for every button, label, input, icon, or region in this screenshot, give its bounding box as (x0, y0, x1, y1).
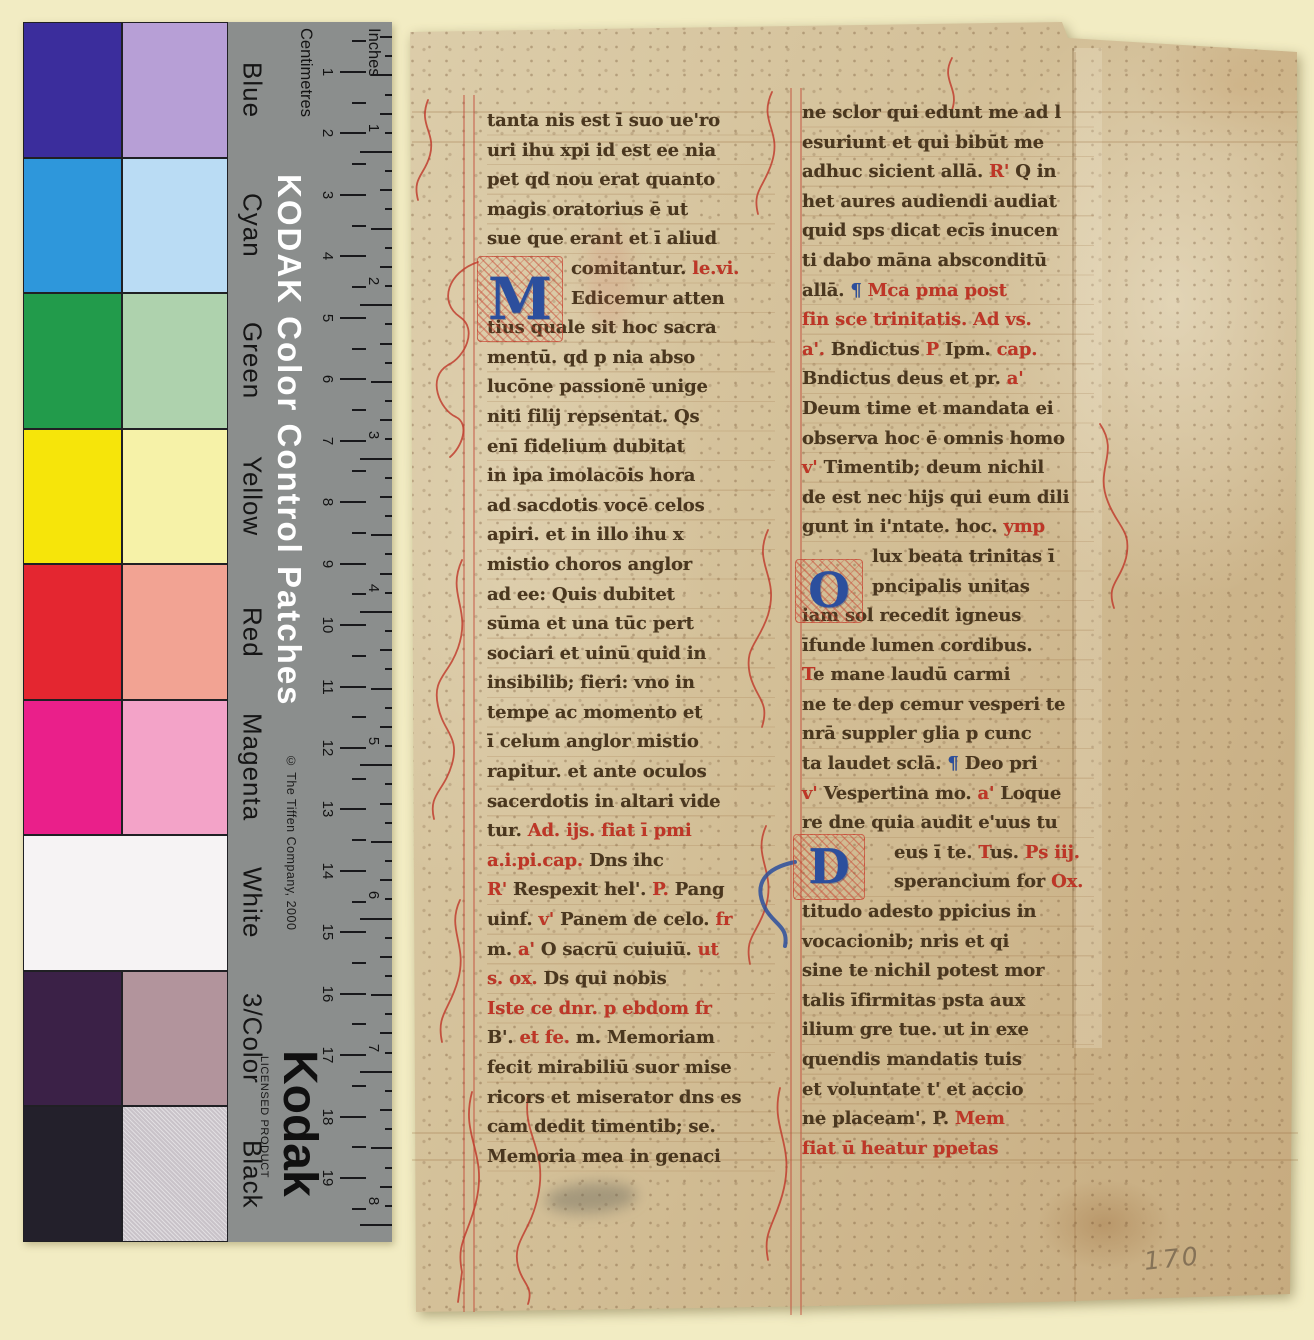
text-run: ymp (1003, 516, 1045, 537)
cm-tick (340, 440, 366, 442)
cm-half-tick (352, 1085, 366, 1087)
cm-number: 8 (318, 491, 336, 513)
manuscript-line: gunt in i'ntate. hoc. ymp (802, 512, 1094, 542)
text-run: R' (487, 879, 513, 900)
cm-tick (340, 501, 366, 503)
inch-number: 1 (364, 117, 382, 139)
cm-tick (340, 624, 366, 626)
text-run: Dns ihc (589, 850, 664, 871)
text-run: O sacrū cuiuiū. (541, 939, 698, 960)
inch-tick (360, 764, 392, 766)
cm-half-tick (352, 962, 366, 964)
inch-quarter-tick (380, 1109, 392, 1111)
inches-label: Inches (364, 28, 383, 118)
text-run: s. ox. (487, 968, 544, 989)
text-run: a' (1007, 368, 1024, 389)
inch-tick (360, 1224, 392, 1226)
text-run: niti filij repsentat. Qs (487, 406, 699, 427)
text-run: allā. (802, 280, 850, 301)
text-run: rapitur. et ante oculos (487, 761, 707, 782)
text-run: ¶ (947, 753, 964, 774)
manuscript-line: enī fidelium dubitat (487, 432, 775, 462)
inch-number: 3 (364, 424, 382, 446)
patch-grid (23, 22, 228, 1242)
text-run: tur. (487, 820, 528, 841)
text-run: sine te nichil potest mor (802, 960, 1044, 981)
inch-eighth-tick (385, 898, 392, 900)
text-run: P (926, 339, 945, 360)
cm-half-tick (352, 532, 366, 534)
text-run: cap. (997, 339, 1038, 360)
cm-number: 3 (318, 184, 336, 206)
manuscript-line: cam dedit timentib; se. (487, 1112, 775, 1142)
manuscript-line: esuriunt et qui bibūt me (802, 128, 1094, 158)
text-run: īfunde lumen cordibus. (802, 635, 1032, 656)
inch-eighth-tick (385, 323, 392, 325)
text-run: mentū. qd p nia abso (487, 347, 695, 368)
cm-half-tick (352, 839, 366, 841)
manuscript-line: fiat ū heatur ppetas (802, 1134, 1094, 1164)
cm-tick (340, 993, 366, 995)
text-run: Memoria mea in genaci (487, 1146, 721, 1167)
text-run: in ipa imolacōis hora (487, 465, 695, 486)
card-title: KODAK Color Control Patches (270, 174, 308, 774)
cm-tick (340, 194, 366, 196)
manuscript-line: ne sclor qui edunt me ad l (802, 98, 1094, 128)
cm-half-tick (352, 778, 366, 780)
inch-quarter-tick (380, 36, 392, 38)
text-run: esuriunt et qui bibūt me (802, 132, 1044, 153)
cm-tick (340, 1177, 366, 1179)
manuscript-line: B'. et fe. m. Memoriam (487, 1023, 775, 1053)
cm-number: 11 (318, 676, 336, 698)
manuscript-line: īfunde lumen cordibus. (802, 631, 1094, 661)
manuscript-line: Iste ce dnr. p ebdom fr (487, 994, 775, 1024)
inch-half-tick (371, 994, 392, 996)
text-run: T (978, 842, 990, 863)
cm-number: 5 (318, 307, 336, 329)
text-run: a' (978, 783, 1001, 804)
text-run: Pang (675, 879, 725, 900)
inch-eighth-tick (385, 822, 392, 824)
inch-eighth-tick (385, 630, 392, 632)
patch-green-tint (122, 293, 228, 429)
inch-eighth-tick (385, 1013, 392, 1015)
text-run: fiat ū heatur ppetas (802, 1138, 998, 1159)
cm-tick (340, 808, 366, 810)
patch-cyan-tint (122, 158, 228, 294)
inch-tick (360, 458, 392, 460)
text-run: ti dabo māna absconditū (802, 250, 1047, 271)
inch-half-tick (371, 228, 392, 230)
cm-tick (340, 255, 366, 257)
manuscript-line: nrā suppler glia p cunc (802, 719, 1094, 749)
manuscript-line: Memoria mea in genaci (487, 1142, 775, 1172)
patch-label-yellow: Yellow (230, 429, 274, 565)
text-run: Bndictus deus et pr. (802, 368, 1007, 389)
inch-quarter-tick (380, 879, 392, 881)
text-run: a.i.pi.cap. (487, 850, 589, 871)
manuscript-line: sociari et uinū quid in (487, 639, 775, 669)
manuscript-line: Te mane laudū carmi (802, 660, 1094, 690)
manuscript-line: insibilib; fieri: vno in (487, 668, 775, 698)
cm-number: 17 (318, 1044, 336, 1066)
text-run: ilium gre tue. ut in exe (802, 1019, 1029, 1040)
manuscript-line: s. ox. Ds qui nobis (487, 964, 775, 994)
manuscript-line: talis īfirmitas psta aux (802, 986, 1094, 1016)
manuscript-line: R' Respexit hel'. P. Pang (487, 875, 775, 905)
inch-eighth-tick (385, 247, 392, 249)
patch-white (23, 835, 228, 971)
cm-number: 9 (318, 553, 336, 575)
cm-tick (340, 1054, 366, 1056)
inch-eighth-tick (385, 1052, 392, 1054)
inch-quarter-tick (380, 189, 392, 191)
text-run: Mca pma post (868, 280, 1007, 301)
inch-half-tick (371, 1147, 392, 1149)
manuscript-line: sine te nichil potest mor (802, 956, 1094, 986)
inch-tick (360, 304, 392, 306)
cm-tick (340, 71, 366, 73)
text-run: v' (802, 783, 824, 804)
text-run: enī fidelium dubitat (487, 436, 685, 457)
manuscript-line: magis oratorius ē ut (487, 195, 775, 225)
inch-eighth-tick (385, 208, 392, 210)
inch-eighth-tick (385, 975, 392, 977)
cm-number: 15 (318, 921, 336, 943)
text-run: ricors et miserator dns es (487, 1087, 741, 1108)
text-run: re dne quia audit e'uus tu (802, 812, 1058, 833)
text-run: pet qd nou erat quanto (487, 169, 715, 190)
manuscript-line: ī celum anglor mistio (487, 727, 775, 757)
inch-number: 4 (364, 577, 382, 599)
cm-tick (340, 317, 366, 319)
inch-quarter-tick (380, 113, 392, 115)
manuscript-line: titudo adesto ppicius in (802, 897, 1094, 927)
patch-label-blue: Blue (230, 22, 274, 158)
manuscript-line: tur. Ad. ijs. fiat ī pmi (487, 816, 775, 846)
inch-quarter-tick (380, 956, 392, 958)
text-run: Ox. (1051, 871, 1083, 892)
manuscript-line: uinf. v' Panem de celo. fr (487, 905, 775, 935)
text-run: titudo adesto ppicius in (802, 901, 1036, 922)
text-run: ad ee: Quis dubitet (487, 584, 675, 605)
inch-eighth-tick (385, 170, 392, 172)
inch-eighth-tick (385, 668, 392, 670)
manuscript-line: Deum time et mandata ei (802, 394, 1094, 424)
text-run: Iste ce dnr. p ebdom fr (487, 998, 712, 1019)
cm-tick (340, 870, 366, 872)
inch-number: 2 (364, 270, 382, 292)
text-run: Deum time et mandata ei (802, 398, 1053, 419)
text-run: T (802, 664, 813, 685)
inch-tick (360, 151, 392, 153)
cm-number: 12 (318, 737, 336, 759)
cm-tick (340, 378, 366, 380)
inch-tick (360, 918, 392, 920)
manuscript-line: apiri. et in illo ihu x (487, 520, 775, 550)
text-run: a' (518, 939, 541, 960)
text-run: Mem (955, 1108, 1005, 1129)
inch-quarter-tick (380, 573, 392, 575)
manuscript-line: tanta nis est ī suo ue'ro (487, 106, 775, 136)
inch-number: 6 (364, 884, 382, 906)
manuscript-line: adhuc sicient allā. R' Q in (802, 157, 1094, 187)
manuscript-line: quid sps dicat ecīs inucen (802, 216, 1094, 246)
manuscript-line: ricors et miserator dns es (487, 1083, 775, 1113)
manuscript-line: het aures audiendi audiat (802, 187, 1094, 217)
text-run: fin sce trinitatis. Ad vs. (802, 309, 1032, 330)
cm-number: 6 (318, 368, 336, 390)
manuscript-line: uri ihu xpi id est ee nia (487, 136, 775, 166)
manuscript-line: ti dabo māna absconditū (802, 246, 1094, 276)
color-card: BlueCyanGreenYellowRedMagentaWhite3/Colo… (23, 22, 392, 1242)
patch-label-white: White (230, 835, 274, 971)
text-run: cam dedit timentib; se. (487, 1116, 716, 1137)
patch-magenta-solid (23, 700, 122, 836)
text-run: Ipm. (945, 339, 997, 360)
text-run: fecit mirabiliū suor mise (487, 1057, 732, 1078)
text-run: Ps iij. (1025, 842, 1080, 863)
inch-number: 5 (364, 730, 382, 752)
cm-half-tick (352, 102, 366, 104)
inch-eighth-tick (385, 937, 392, 939)
text-run: tempe ac momento et (487, 702, 702, 723)
inch-eighth-tick (385, 783, 392, 785)
inch-half-tick (371, 74, 392, 76)
cm-number: 2 (318, 122, 336, 144)
inch-quarter-tick (380, 803, 392, 805)
text-run: quid sps dicat ecīs inucen (802, 220, 1058, 241)
manuscript-line: fecit mirabiliū suor mise (487, 1053, 775, 1083)
manuscript-line: ad sacdotis vocē celos (487, 491, 775, 521)
cm-half-tick (352, 409, 366, 411)
cm-tick (340, 1116, 366, 1118)
cm-number: 16 (318, 983, 336, 1005)
ink-show-through (586, 226, 632, 330)
manuscript-line: mentū. qd p nia abso (487, 343, 775, 373)
text-run: magis oratorius ē ut (487, 199, 688, 220)
photograph-canvas: BlueCyanGreenYellowRedMagentaWhite3/Colo… (0, 0, 1314, 1340)
text-run: m. (487, 939, 518, 960)
cm-number: 7 (318, 430, 336, 452)
cm-tick (340, 931, 366, 933)
cm-number: 14 (318, 860, 336, 882)
inch-quarter-tick (380, 266, 392, 268)
cm-tick (340, 747, 366, 749)
text-run: Respexit hel'. (513, 879, 652, 900)
text-run: Ad. ijs. fiat ī pmi (528, 820, 692, 841)
cm-number: 18 (318, 1106, 336, 1128)
patch-label-red: Red (230, 564, 274, 700)
text-run: et fe. (519, 1027, 575, 1048)
cm-half-tick (352, 716, 366, 718)
cm-number: 10 (318, 614, 336, 636)
text-run: apiri. et in illo ihu x (487, 524, 683, 545)
cm-half-tick (352, 348, 366, 350)
inch-eighth-tick (385, 400, 392, 402)
inch-eighth-tick (385, 94, 392, 96)
inch-eighth-tick (385, 1205, 392, 1207)
folio-number: 170 (1143, 1241, 1202, 1276)
manuscript-line: pet qd nou erat quanto (487, 165, 775, 195)
inch-eighth-tick (385, 1090, 392, 1092)
text-run: Bndictus (831, 339, 926, 360)
text-run: m. (576, 1027, 607, 1048)
text-run: Q in (1015, 161, 1056, 182)
inch-half-tick (371, 534, 392, 536)
inch-half-tick (371, 381, 392, 383)
inch-eighth-tick (385, 860, 392, 862)
manuscript-line: allā. ¶ Mca pma post (802, 276, 1094, 306)
text-run: Timentib; deum nichil (824, 457, 1044, 478)
inch-eighth-tick (385, 553, 392, 555)
cm-tick (340, 563, 366, 565)
text-run: v' (538, 909, 560, 930)
text-run: uri ihu xpi id est ee nia (487, 140, 716, 161)
text-run: Panem de celo. (560, 909, 715, 930)
text-run: insibilib; fieri: vno in (487, 672, 695, 693)
cm-number: 4 (318, 245, 336, 267)
card-copyright: © The Tiffen Company, 2000 (284, 754, 298, 989)
cm-tick (340, 686, 366, 688)
text-run: tanta nis est ī suo ue'ro (487, 110, 720, 131)
text-run: observa hoc ē omnis homo (802, 428, 1065, 449)
inch-eighth-tick (385, 592, 392, 594)
text-run: quendis mandatis tuis (802, 1049, 1022, 1070)
patch-blue-tint (122, 22, 228, 158)
text-run: sociari et uinū quid in (487, 643, 706, 664)
cm-half-tick (352, 1146, 366, 1148)
patch-red-solid (23, 564, 122, 700)
manuscript-leaf: tanta nis est ī suo ue'rouri ihu xpi id … (404, 12, 1306, 1324)
text-run: nrā suppler glia p cunc (802, 723, 1031, 744)
text-run: ne placeam'. P. (802, 1108, 955, 1129)
manuscript-line: observa hoc ē omnis homo (802, 424, 1094, 454)
text-run: sacerdotis in altari vide (487, 791, 720, 812)
manuscript-right-column: ne sclor qui edunt me ad lesuriunt et qu… (802, 98, 1094, 1164)
patch-yellow-tint (122, 429, 228, 565)
ruler-bar: BlueCyanGreenYellowRedMagentaWhite3/Colo… (228, 22, 392, 1242)
patch-magenta-tint (122, 700, 228, 836)
text-run: P. (652, 879, 675, 900)
text-run: mistio choros anglor (487, 554, 692, 575)
manuscript-line: a'. Bndictus P Ipm. cap. (802, 335, 1094, 365)
manuscript-line: vocacionib; nris et qi (802, 927, 1094, 957)
inch-eighth-tick (385, 745, 392, 747)
inch-eighth-tick (385, 707, 392, 709)
text-run: ne sclor qui edunt me ad l (802, 102, 1061, 123)
text-run: het aures audiendi audiat (802, 191, 1057, 212)
patch-yellow-solid (23, 429, 122, 565)
patch-label-cyan: Cyan (230, 158, 274, 294)
patch-red-tint (122, 564, 228, 700)
patch-green-solid (23, 293, 122, 429)
inch-eighth-tick (385, 362, 392, 364)
patch-black-solid (23, 1106, 122, 1242)
text-run: gunt in i'ntate. hoc. (802, 516, 1003, 537)
inch-quarter-tick (380, 343, 392, 345)
text-run: ut (698, 939, 719, 960)
inch-half-tick (371, 841, 392, 843)
inch-eighth-tick (385, 1167, 392, 1169)
patch-blue-solid (23, 22, 122, 158)
patch-black-tint (122, 1106, 228, 1242)
inch-eighth-tick (385, 132, 392, 134)
patch-3/color-tint (122, 971, 228, 1107)
text-run: B'. (487, 1027, 519, 1048)
text-run: Ds qui nobis (544, 968, 667, 989)
text-run: Loque (1000, 783, 1061, 804)
inch-eighth-tick (385, 438, 392, 440)
manuscript-line: in ipa imolacōis hora (487, 461, 775, 491)
initial-D: D (793, 834, 865, 900)
text-run: R' (989, 161, 1015, 182)
text-run: ne te dep cemur vesperi te (802, 694, 1065, 715)
inch-eighth-tick (385, 1128, 392, 1130)
cm-half-tick (352, 163, 366, 165)
inch-quarter-tick (380, 649, 392, 651)
text-run: lucōne passionē unige (487, 376, 708, 397)
cm-number: 19 (318, 1167, 336, 1189)
initial-M: M (477, 256, 563, 342)
manuscript-line: ta laudet sclā. ¶ Deo pri (802, 749, 1094, 779)
manuscript-line: tempe ac momento et (487, 698, 775, 728)
inch-tick (360, 611, 392, 613)
patch-cyan-solid (23, 158, 122, 294)
manuscript-line: ad ee: Quis dubitet (487, 580, 775, 610)
inch-number: 7 (364, 1037, 382, 1059)
text-run: sūma et una tūc pert (487, 613, 694, 634)
manuscript-line: sacerdotis in altari vide (487, 787, 775, 817)
manuscript-line: ne placeam'. P. Mem (802, 1104, 1094, 1134)
kodak-logo: Kodak (272, 1050, 327, 1230)
manuscript-line: lucōne passionē unige (487, 372, 775, 402)
cm-half-tick (352, 470, 366, 472)
cm-tick (340, 132, 366, 134)
cm-number: 1 (318, 61, 336, 83)
manuscript-line: v' Vespertina mo. a' Loque (802, 779, 1094, 809)
inch-eighth-tick (385, 55, 392, 57)
text-run: a'. (802, 339, 831, 360)
text-run: e mane laudū carmi (813, 664, 1010, 685)
text-run: lux beata trinitas ī (872, 546, 1055, 567)
text-run: Vespertina mo. (824, 783, 978, 804)
text-run: vocacionib; nris et qi (802, 931, 1009, 952)
text-run: sperancium for (894, 871, 1051, 892)
manuscript-line: mistio choros anglor (487, 550, 775, 580)
inch-quarter-tick (380, 726, 392, 728)
manuscript-line: v' Timentib; deum nichil (802, 453, 1094, 483)
cm-number: 13 (318, 798, 336, 820)
text-run: pncipalis unitas (872, 576, 1030, 597)
text-run: et voluntate t' et accio (802, 1079, 1023, 1100)
text-run: v' (802, 457, 824, 478)
licensed-product-label: LICENSED PRODUCT (258, 1056, 270, 1216)
text-run: ī celum anglor mistio (487, 731, 699, 752)
cm-half-tick (352, 225, 366, 227)
text-run: eus ī te. (894, 842, 978, 863)
patch-3/color-solid (23, 971, 122, 1107)
text-run: uinf. (487, 909, 538, 930)
inch-tick (360, 1071, 392, 1073)
inch-half-tick (371, 688, 392, 690)
cm-half-tick (352, 1023, 366, 1025)
manuscript-line: quendis mandatis tuis (802, 1045, 1094, 1075)
inch-quarter-tick (380, 496, 392, 498)
manuscript-line: fin sce trinitatis. Ad vs. (802, 305, 1094, 335)
manuscript-line: ilium gre tue. ut in exe (802, 1015, 1094, 1045)
